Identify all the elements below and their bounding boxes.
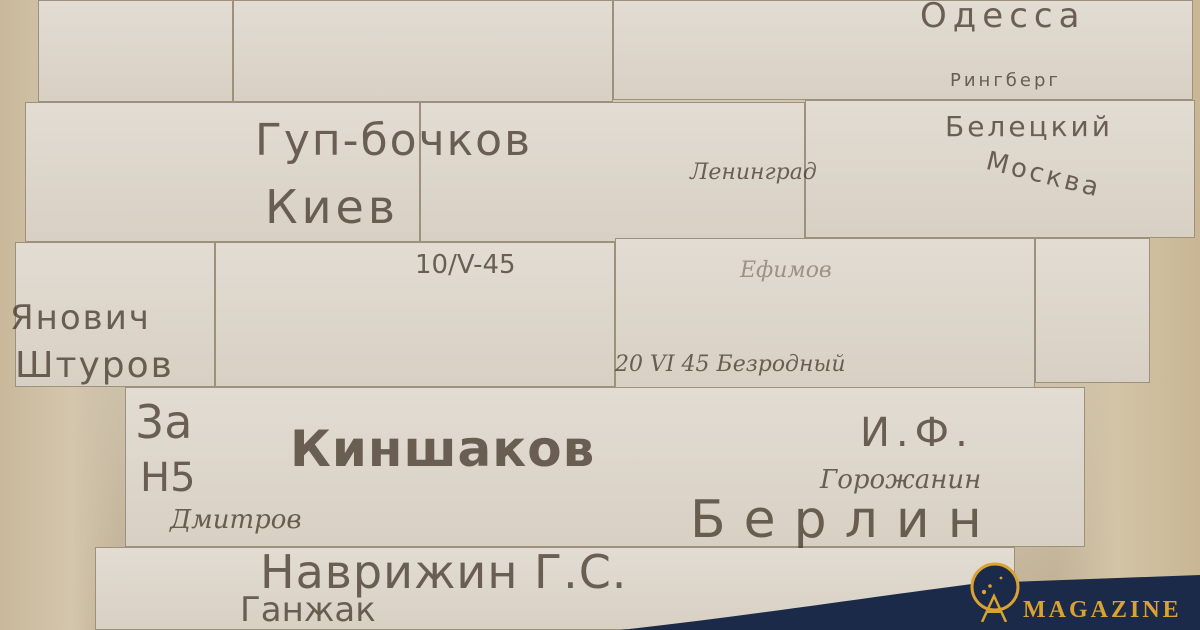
- graffiti-inscription: И.Ф.: [860, 410, 974, 456]
- graffiti-inscription: Берлин: [690, 490, 1000, 550]
- graffiti-inscription: Киншаков: [290, 420, 595, 478]
- graffiti-inscription: Штуров: [15, 345, 174, 386]
- wall-slab: [613, 0, 1193, 100]
- graffiti-inscription: Ленинград: [690, 160, 817, 185]
- graffiti-inscription: Рингберг: [950, 70, 1061, 91]
- wall-slab: [1035, 238, 1150, 383]
- graffiti-inscription: Ефимов: [740, 258, 832, 283]
- graffiti-inscription: Киев: [265, 180, 399, 234]
- wall-slab: [233, 0, 613, 102]
- graffiti-inscription: 3а: [135, 395, 192, 449]
- graffiti-inscription: 20 VI 45 Безродный: [615, 352, 846, 377]
- magazine-logo-text[interactable]: MAGAZINE: [1023, 597, 1182, 624]
- graffiti-inscription: Гуп-бочков: [255, 115, 532, 166]
- graffiti-inscription: Одесса: [920, 0, 1085, 36]
- graffiti-inscription: Белецкий: [945, 110, 1113, 143]
- graffiti-inscription: Янович: [10, 298, 151, 338]
- graffiti-inscription: 10/V-45: [415, 250, 516, 280]
- graffiti-inscription: Ганжак: [240, 590, 376, 630]
- wall-photo: Одесса Рингберг Гуп-бочков Киев Ленингра…: [0, 0, 1200, 630]
- graffiti-inscription: Н5: [140, 455, 196, 501]
- wall-slab: [38, 0, 233, 102]
- graffiti-inscription: Дмитров: [170, 505, 302, 535]
- telescope-stars-icon: [968, 562, 1020, 622]
